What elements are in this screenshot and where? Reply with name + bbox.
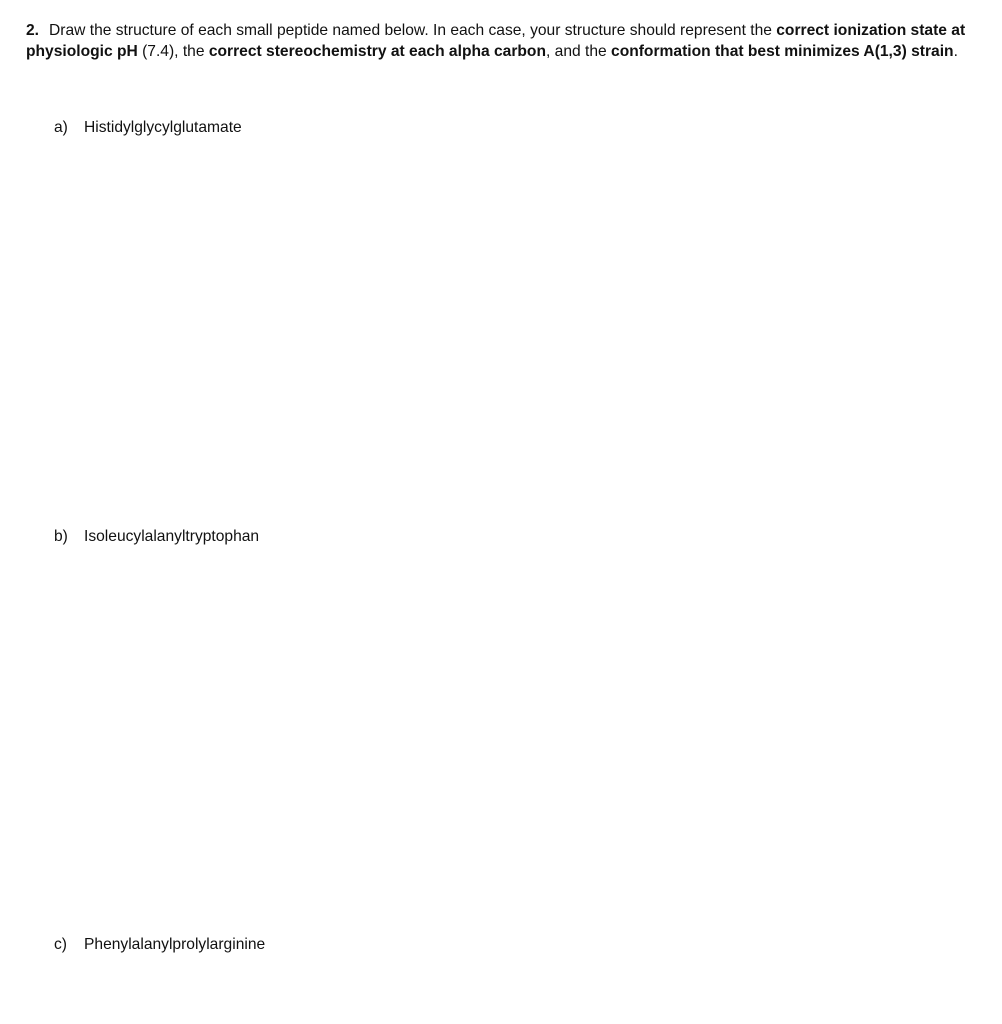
part-b-answer-space [26, 560, 976, 920]
part-b: b)Isoleucylalanyltryptophan [54, 527, 259, 547]
prompt-emphasis-conformation: conformation that best minimizes A(1,3) … [611, 43, 954, 60]
prompt-text-3: , and the [546, 43, 611, 60]
question-number: 2. [26, 22, 39, 39]
prompt-emphasis-stereochemistry: correct stereochemistry at each alpha ca… [209, 43, 546, 60]
part-b-peptide-name: Isoleucylalanyltryptophan [84, 528, 259, 545]
part-a-peptide-name: Histidylglycylglutamate [84, 119, 242, 136]
prompt-text-4: . [954, 43, 958, 60]
part-a: a)Histidylglycylglutamate [54, 118, 242, 138]
part-c: c)Phenylalanylprolylarginine [54, 935, 265, 955]
part-a-letter: a) [54, 118, 84, 138]
part-b-letter: b) [54, 527, 84, 547]
prompt-text-2: (7.4), the [138, 43, 209, 60]
prompt-text-1: Draw the structure of each small peptide… [49, 22, 776, 39]
part-c-peptide-name: Phenylalanylprolylarginine [84, 936, 265, 953]
part-c-letter: c) [54, 935, 84, 955]
question-prompt: 2.Draw the structure of each small pepti… [26, 21, 976, 62]
part-a-answer-space [26, 150, 976, 510]
